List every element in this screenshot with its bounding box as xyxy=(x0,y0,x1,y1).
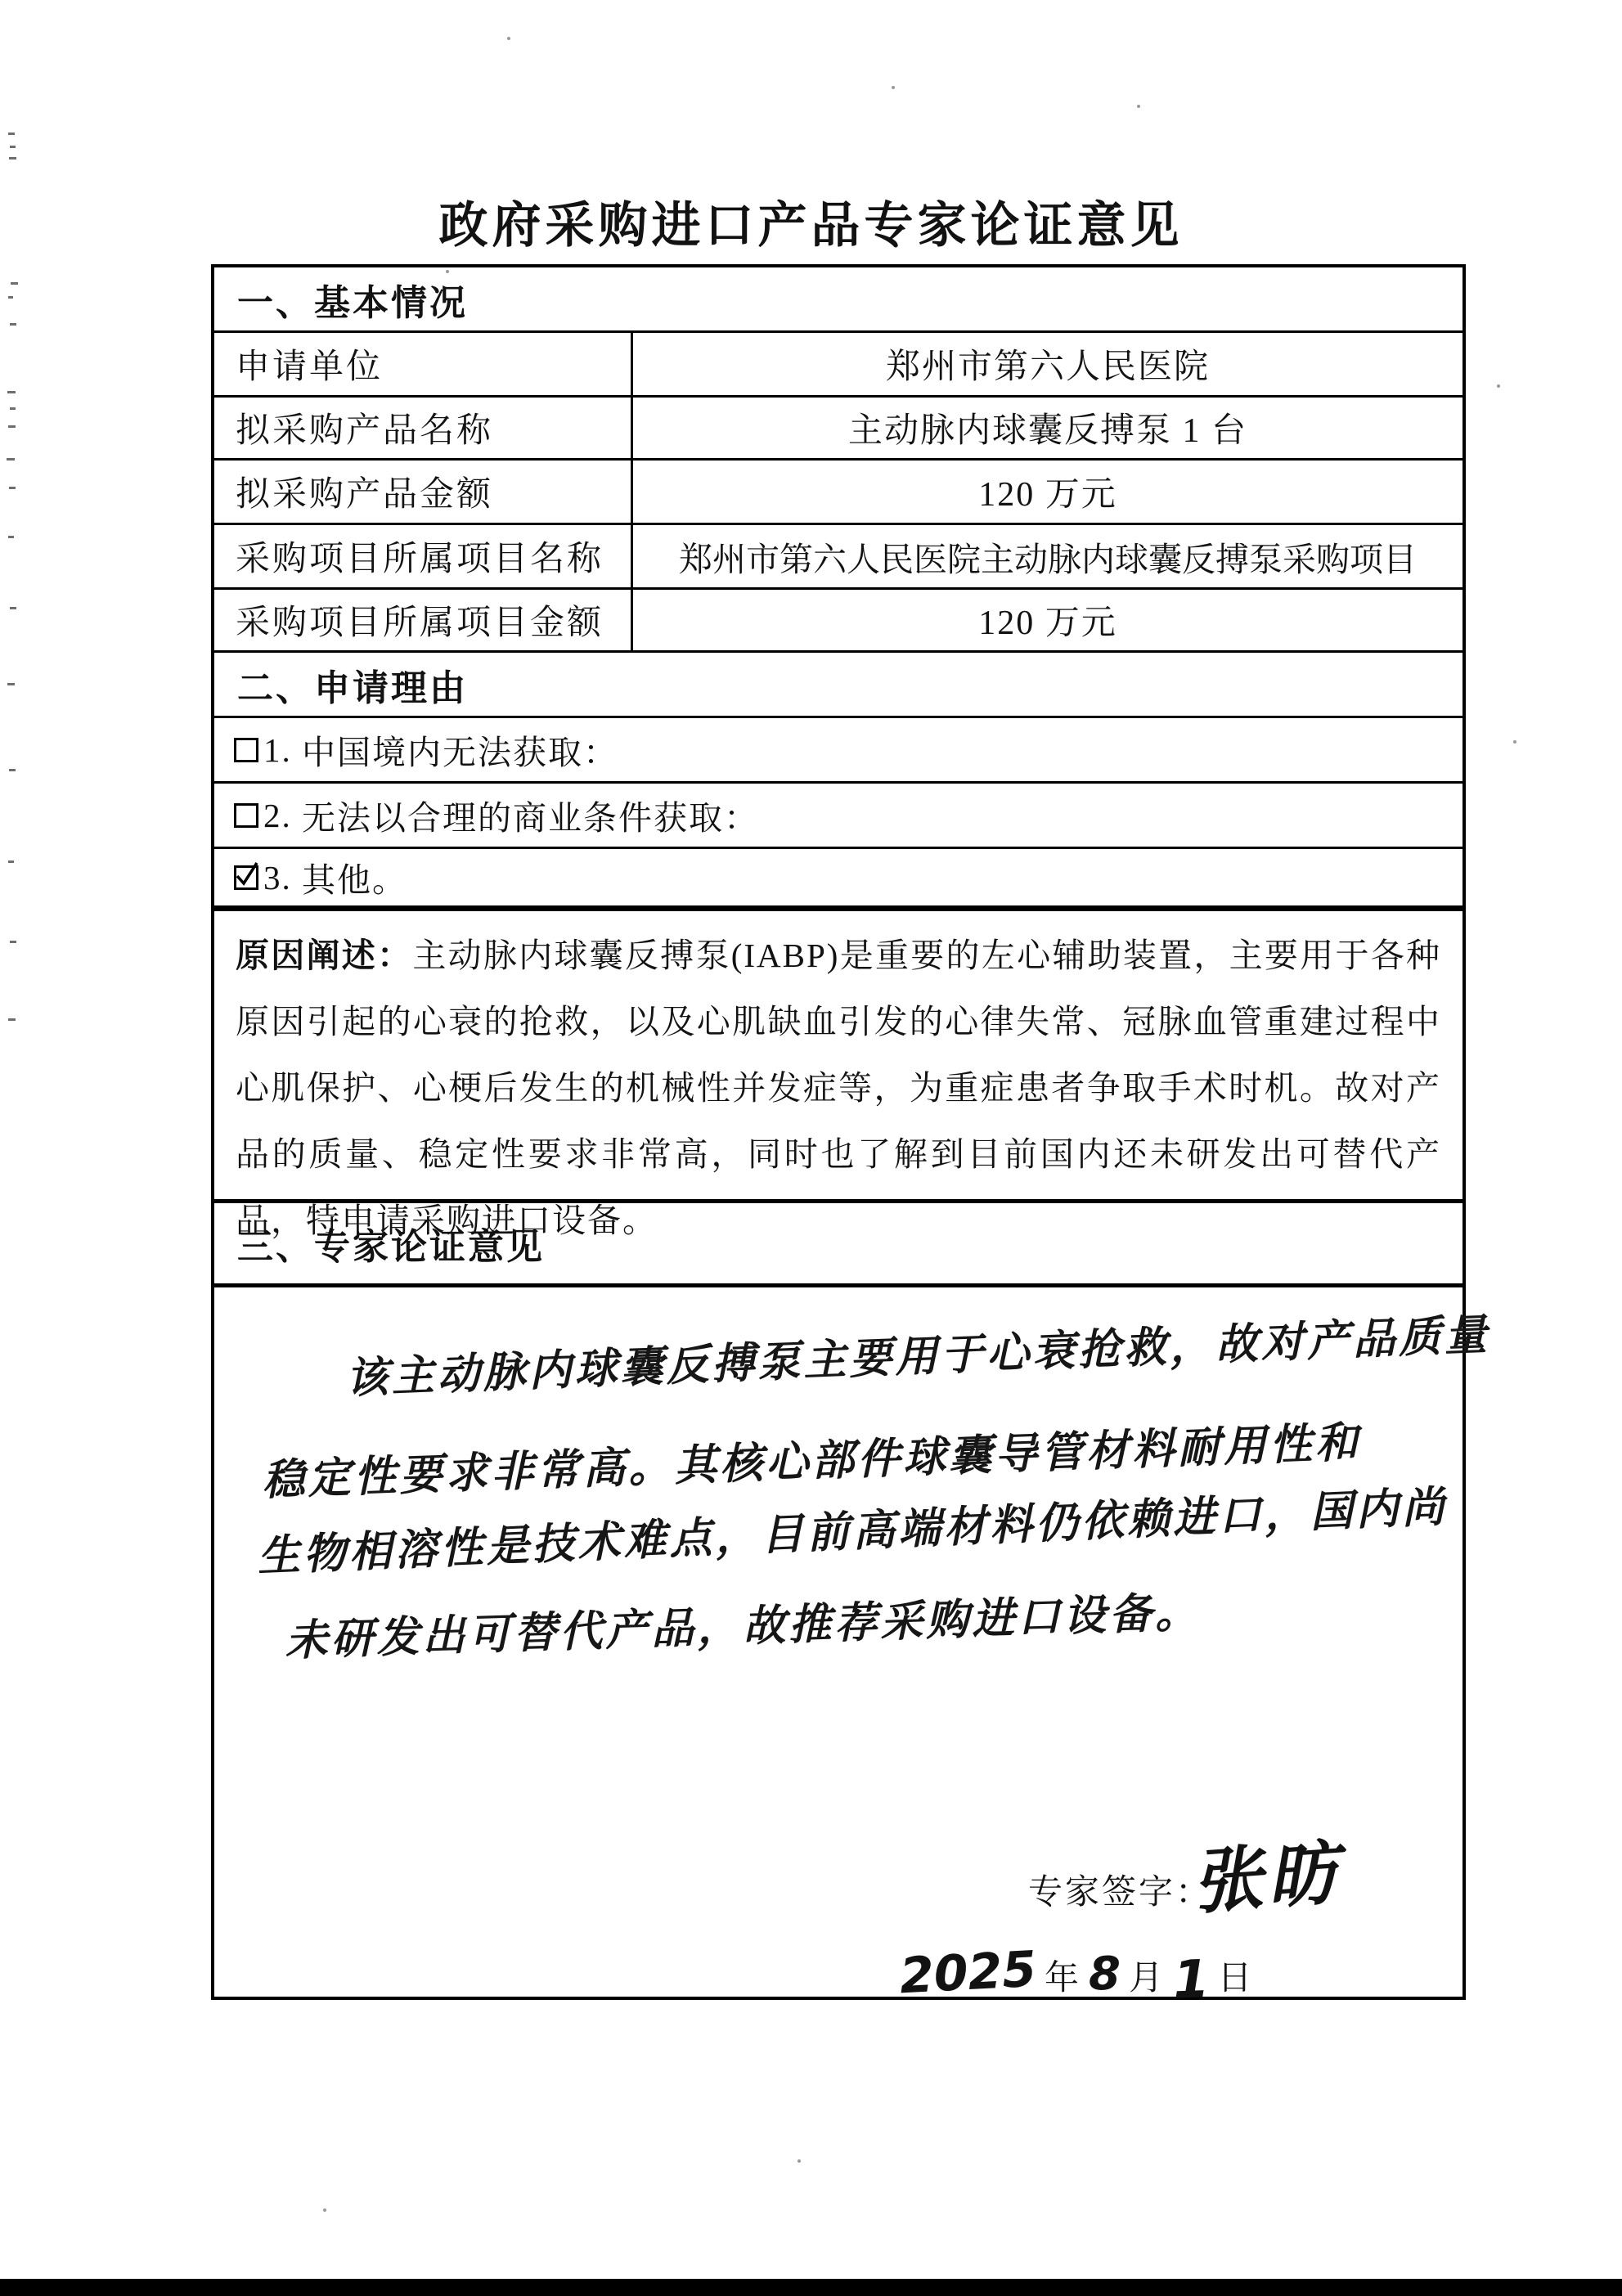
project-amount-label: 采购项目所属项目金额 xyxy=(214,590,633,650)
scan-speck xyxy=(10,407,16,410)
scan-dot xyxy=(1497,384,1500,388)
applicant-value: 郑州市第六人民医院 xyxy=(633,333,1462,395)
reason-statement-text: 主动脉内球囊反搏泵(IABP)是重要的左心辅助装置，主要用于各种原因引起的心衰的… xyxy=(236,937,1441,1239)
applicant-label: 申请单位 xyxy=(214,333,633,395)
section3-header: 三、专家论证意见 xyxy=(214,1203,1462,1287)
expert-signature-label: 专家签字： xyxy=(1028,1865,1212,1914)
scanned-document-page: 政府采购进口产品专家论证意见 一、基本情况 申请单位 郑州市第六人民医院 拟采购… xyxy=(0,0,1622,2296)
expert-signature-handwritten: 张昉 xyxy=(1188,1816,1346,1928)
scan-dot xyxy=(1137,105,1140,108)
date-day-unit: 日 xyxy=(1218,1951,1254,2000)
option-1-text: 中国境内无法获取： xyxy=(302,726,618,774)
reason-option-3: 3. 其他。 xyxy=(214,849,1462,911)
project-name-value: 郑州市第六人民医院主动脉内球囊反搏泵采购项目 xyxy=(633,525,1462,587)
option-3-text: 其他。 xyxy=(302,853,407,901)
reason-statement-label: 原因阐述： xyxy=(236,937,412,974)
table-row-product-name: 拟采购产品名称 主动脉内球囊反搏泵 1 台 xyxy=(214,398,1462,461)
scan-speck xyxy=(7,458,15,461)
scan-speck xyxy=(8,536,14,538)
scan-dot xyxy=(1513,740,1516,744)
scan-speck xyxy=(9,487,16,489)
project-name-label: 采购项目所属项目名称 xyxy=(214,525,633,587)
scan-dot xyxy=(798,2159,801,2163)
scan-dot xyxy=(323,2208,326,2212)
date-year-unit: 年 xyxy=(1045,1951,1081,2000)
table-row-project-name: 采购项目所属项目名称 郑州市第六人民医院主动脉内球囊反搏泵采购项目 xyxy=(214,525,1462,590)
scan-speck xyxy=(8,133,15,135)
table-row-product-amount: 拟采购产品金额 120 万元 xyxy=(214,461,1462,525)
scan-speck xyxy=(7,391,16,393)
option-3-number: 3. xyxy=(263,858,292,897)
handwritten-opinion-line-4: 未研发出可替代产品，故推荐采购进口设备。 xyxy=(284,1577,1202,1667)
option-2-number: 2. xyxy=(263,796,292,835)
scan-speck xyxy=(11,282,18,285)
scan-dot xyxy=(446,270,449,273)
expert-opinion-cell: 该主动脉内球囊反搏泵主要用于心衰抢救，故对产品质量 稳定性要求非常高。其核心部件… xyxy=(214,1287,1462,1997)
scan-speck xyxy=(8,860,14,863)
handwritten-date-line: 2025 年 8 月 1 日 xyxy=(900,1942,1262,2002)
scan-bottom-bar-artifact xyxy=(0,2279,1622,2296)
scan-speck xyxy=(9,769,16,771)
reason-option-2: 2. 无法以合理的商业条件获取： xyxy=(214,784,1462,849)
table-row-applicant: 申请单位 郑州市第六人民医院 xyxy=(214,333,1462,398)
product-amount-label: 拟采购产品金额 xyxy=(214,461,633,523)
reason-statement-cell: 原因阐述：主动脉内球囊反搏泵(IABP)是重要的左心辅助装置，主要用于各种原因引… xyxy=(214,911,1462,1203)
checkbox-unchecked-icon xyxy=(234,738,258,762)
product-amount-value: 120 万元 xyxy=(633,461,1462,523)
date-month-handwritten: 8 xyxy=(1089,1948,1121,2001)
scan-speck xyxy=(10,607,16,609)
product-name-label: 拟采购产品名称 xyxy=(214,398,633,458)
date-year-handwritten: 2025 xyxy=(898,1941,1037,2006)
scan-speck xyxy=(10,323,16,326)
scan-speck xyxy=(7,683,15,685)
section1-header: 一、基本情况 xyxy=(214,267,1462,333)
scan-speck xyxy=(8,296,13,299)
product-name-value: 主动脉内球囊反搏泵 1 台 xyxy=(633,398,1462,458)
handwritten-opinion-line-1: 该主动脉内球囊反搏泵主要用于心衰抢救，故对产品质量 xyxy=(344,1300,1491,1405)
date-month-unit: 月 xyxy=(1129,1951,1165,2000)
scan-dot xyxy=(892,86,895,89)
checkbox-unchecked-icon xyxy=(234,803,258,828)
reason-option-1: 1. 中国境内无法获取： xyxy=(214,718,1462,784)
scan-speck xyxy=(8,1018,16,1021)
option-2-text: 无法以合理的商业条件获取： xyxy=(302,791,759,839)
table-row-project-amount: 采购项目所属项目金额 120 万元 xyxy=(214,590,1462,653)
scan-speck xyxy=(10,146,16,148)
scan-speck xyxy=(10,941,16,943)
scan-speck xyxy=(8,425,16,428)
option-1-number: 1. xyxy=(263,730,292,770)
main-table: 一、基本情况 申请单位 郑州市第六人民医院 拟采购产品名称 主动脉内球囊反搏泵 … xyxy=(211,264,1466,2000)
scan-dot xyxy=(507,37,510,40)
date-day-handwritten: 1 xyxy=(1172,1949,1211,2011)
document-title: 政府采购进口产品专家论证意见 xyxy=(0,186,1622,257)
section2-header: 二、申请理由 xyxy=(214,653,1462,718)
checkbox-checked-icon xyxy=(234,865,258,890)
project-amount-value: 120 万元 xyxy=(633,590,1462,650)
scan-speck xyxy=(9,157,16,160)
